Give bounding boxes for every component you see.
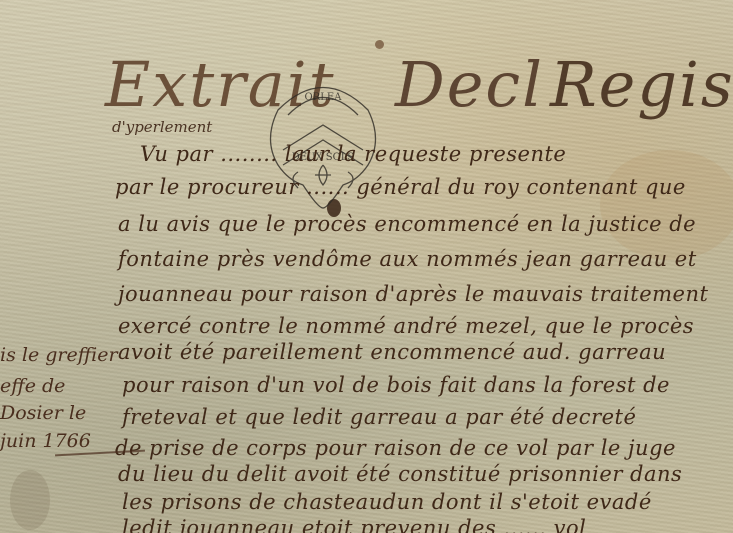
text-line: jouanneau pour raison d'après le mauvais… bbox=[118, 282, 708, 306]
text-line: les prisons de chasteaudun dont il s'eto… bbox=[122, 490, 652, 514]
text-line: avoit été pareillement encommencé aud. g… bbox=[118, 340, 666, 364]
stain bbox=[600, 150, 733, 260]
svg-text:ORLEA: ORLEA bbox=[305, 92, 343, 103]
text-line: freteval et que ledit garreau a par été … bbox=[122, 405, 636, 429]
text-line: Vu par ........ laur la requeste present… bbox=[140, 142, 566, 166]
ink-spot bbox=[375, 40, 384, 49]
title-word-3: Registr bbox=[550, 48, 733, 121]
text-line: pour raison d'un vol de bois fait dans l… bbox=[122, 373, 670, 397]
text-line: fontaine près vendôme aux nommés jean ga… bbox=[118, 247, 697, 271]
subtitle: d'yperlement bbox=[112, 118, 212, 136]
text-line: ledit jouanneau etoit prevenu des ......… bbox=[122, 516, 586, 533]
margin-note: Dosier le bbox=[0, 402, 86, 424]
margin-note: juin 1766 bbox=[0, 430, 91, 452]
title-word-2: Decl bbox=[395, 48, 544, 121]
margin-note: effe de bbox=[0, 375, 65, 397]
text-line: a lu avis que le procès encommencé en la… bbox=[118, 212, 696, 236]
text-line: exercé contre le nommé andré mezel, que … bbox=[118, 314, 694, 338]
text-line: du lieu du delit avoit été constitué pri… bbox=[118, 462, 682, 486]
text-line: par le procureur ...... général du roy c… bbox=[115, 175, 686, 199]
margin-note: is le greffier bbox=[0, 344, 118, 366]
text-line: de prise de corps pour raison de ce vol … bbox=[115, 436, 676, 460]
manuscript-page: Extrait Decl Registr d'yperlement ORLEA … bbox=[0, 0, 733, 533]
stain bbox=[10, 470, 50, 530]
